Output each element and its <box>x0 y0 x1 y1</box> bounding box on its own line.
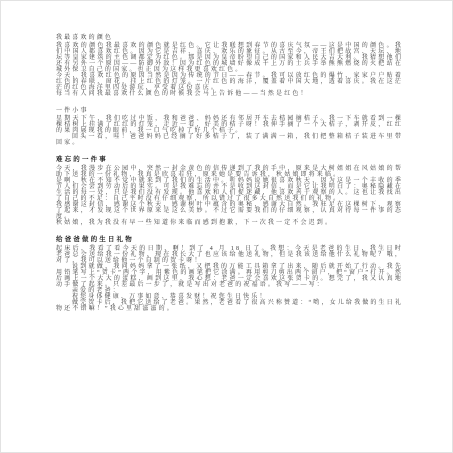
essay-paragraph: 星期天下午，我们吃过中饭，我和爸爸、妈妈还有邻居开车去桔园摘桔子。我一下车就看到… <box>56 116 403 134</box>
essay-section: 我最喜欢的颜色我喜欢的颜色我最喜欢的颜色就是红色。它让我联想到春节的喜庆气氛——… <box>56 35 403 97</box>
essay-paragraph: 我喜欢的颜色我最喜欢的颜色就是红色。它让我联想到春节的喜庆气氛——这是中国的颜色… <box>56 43 403 73</box>
essay-section: 难忘的一件事今天，我漫步在公园中，突然一封金黄色的信传递到了我的手中，原来是大树… <box>56 157 403 226</box>
essay-title: 一件小事 <box>56 108 403 114</box>
essay-title: 难忘的一件事 <box>56 157 403 163</box>
essay-paragraph: 今天，我喜欢红色的原因当然是因为传统的节日——春节。我可以放红色的爆竹，家家户户… <box>56 73 403 91</box>
essay-paragraph: 是啊，秋在不知不觉中就来到了我们的生活中。听妈妈说她很喜欢秋天，因为这是一个丰收… <box>56 178 403 202</box>
essay-paragraph: 每当有人问我最喜欢什么颜色的时候我会马上告诉他——当然是红色！ <box>56 91 403 97</box>
essay-paragraph: 说到就做，我问妈妈拿了一张纸，又把我的万能工具箱拿了出来，随后就开始了行动。我先… <box>56 264 403 288</box>
essay-paragraph: 起床后，我看了看今天的日期，啊！到了 4 月 18 日了。我想：今天是老爸的生日… <box>56 246 403 264</box>
essay-paragraph: 今天，我漫步在公园中，突然一封金黄色的信传递到了我的手中，原来是大树姐姐在风姑娘… <box>56 166 403 178</box>
essay-title: 给爸爸做的生日礼物 <box>56 237 403 243</box>
essay-section: 一件小事星期天下午，我们吃过中饭，我和爸爸、妈妈还有邻居开车去桔园摘桔子。我一下… <box>56 108 403 146</box>
document-page: 我最喜欢的颜色我喜欢的颜色我最喜欢的颜色就是红色。它让我联想到春节的喜庆气氛——… <box>0 0 453 453</box>
essay-paragraph: 秋姑娘，我为我没有早一些知道你来临而感到抱歉，下一次我一定不会迟到。 <box>56 220 403 226</box>
essay-paragraph: 回头一看，哇！爸爸妈妈已经摘了好多桔子了，装了满满一箱，我们把整箱桔子装进车里带… <box>56 134 403 146</box>
essay-title: 我最喜欢的颜色 <box>56 35 403 41</box>
essay-paragraph: 我感谢这封信，感谢这个秋天，感谢树叶中蕴含的奥秘，感谢大自然。我驻足在这棵树下，… <box>56 202 403 220</box>
essay-paragraph: 做完贺卡后，我把它送给了老爸。果然，老爸看了很高兴称赞道：“哟，女儿给我做的生日… <box>56 300 403 312</box>
document-content: 我最喜欢的颜色我喜欢的颜色我最喜欢的颜色就是红色。它让我联想到春节的喜庆气氛——… <box>56 35 403 323</box>
essay-section: 给爸爸做的生日礼物起床后，我看了看今天的日期，啊！到了 4 月 18 日了。我想… <box>56 237 403 312</box>
